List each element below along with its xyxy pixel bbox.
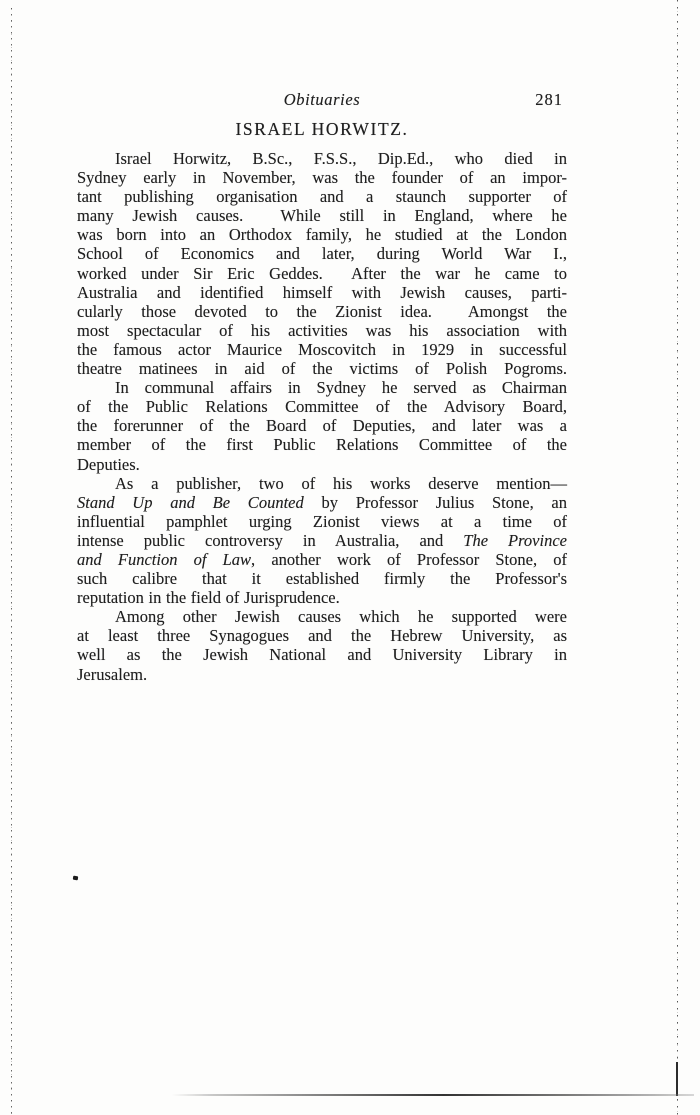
text-segment: As a publisher, two of his works deserve… — [115, 474, 567, 493]
text-line: well as the Jewish National and Universi… — [77, 645, 567, 664]
text-segment: intense public controversy in Australia,… — [77, 531, 463, 550]
text-line: theatre matinees in aid of the victims o… — [77, 359, 567, 378]
text-line: many Jewish causes. While still in Engla… — [77, 206, 567, 225]
text-line: reputation in the field of Jurisprudence… — [77, 588, 567, 607]
text-line: was born into an Orthodox family, he stu… — [77, 225, 567, 244]
text-segment: such calibre that it established firmly … — [77, 569, 567, 588]
running-title: Obituaries — [77, 90, 567, 110]
text-line: most spectacular of his activities was h… — [77, 321, 567, 340]
text-line: of the Public Relations Committee of the… — [77, 397, 567, 416]
text-segment: the famous actor Maurice Moscovitch in 1… — [77, 340, 567, 359]
text-segment: reputation in the field of Jurisprudence… — [77, 588, 340, 607]
text-segment: worked under Sir Eric Geddes. After the … — [77, 264, 567, 283]
ink-speck — [73, 876, 79, 881]
scan-edge-right-dark — [676, 1062, 678, 1096]
text-segment: School of Economics and later, during Wo… — [77, 244, 567, 263]
text-line: In communal affairs in Sydney he served … — [77, 378, 567, 397]
text-segment: Among other Jewish causes which he suppo… — [115, 607, 567, 626]
text-segment: tant publishing organisation and a staun… — [77, 187, 567, 206]
text-segment: at least three Synagogues and the Hebrew… — [77, 626, 567, 645]
text-line: such calibre that it established firmly … — [77, 569, 567, 588]
text-line: cularly those devoted to the Zionist ide… — [77, 302, 567, 321]
page-header: Obituaries 281 — [77, 90, 567, 110]
text-segment: influential pamphlet urging Zionist view… — [77, 512, 567, 531]
text-segment: Australia and identified himself with Je… — [77, 283, 567, 302]
text-segment: most spectacular of his activities was h… — [77, 321, 567, 340]
text-line: Deputies. — [77, 455, 567, 474]
text-line: School of Economics and later, during Wo… — [77, 244, 567, 263]
text-line: Jerusalem. — [77, 665, 567, 684]
text-line: intense public controversy in Australia,… — [77, 531, 567, 550]
text-line: Israel Horwitz, B.Sc., F.S.S., Dip.Ed., … — [77, 149, 567, 168]
text-segment: Sydney early in November, was the founde… — [77, 168, 567, 187]
text-line: and Function of Law, another work of Pro… — [77, 550, 567, 569]
text-line: influential pamphlet urging Zionist view… — [77, 512, 567, 531]
article-title: ISRAEL HORWITZ. — [77, 119, 567, 140]
text-segment: cularly those devoted to the Zionist ide… — [77, 302, 567, 321]
text-segment-italic: The Province — [463, 531, 567, 550]
text-segment: Jerusalem. — [77, 665, 147, 684]
text-segment: the forerunner of the Board of Deputies,… — [77, 416, 567, 435]
article-body: Israel Horwitz, B.Sc., F.S.S., Dip.Ed., … — [77, 149, 567, 684]
text-line: Stand Up and Be Counted by Professor Jul… — [77, 493, 567, 512]
text-line: Australia and identified himself with Je… — [77, 283, 567, 302]
text-segment: In communal affairs in Sydney he served … — [115, 378, 567, 397]
text-segment-italic: Stand Up and Be Counted — [77, 493, 304, 512]
text-segment: well as the Jewish National and Universi… — [77, 645, 567, 664]
text-segment: , another work of Professor Stone, of — [251, 550, 567, 569]
text-segment: of the Public Relations Committee of the… — [77, 397, 567, 416]
text-line: at least three Synagogues and the Hebrew… — [77, 626, 567, 645]
text-segment: by Professor Julius Stone, an — [304, 493, 567, 512]
page-number: 281 — [535, 90, 563, 110]
text-line: member of the first Public Relations Com… — [77, 435, 567, 454]
text-line: worked under Sir Eric Geddes. After the … — [77, 264, 567, 283]
text-segment: Deputies. — [77, 455, 140, 474]
text-line: tant publishing organisation and a staun… — [77, 187, 567, 206]
text-line: Sydney early in November, was the founde… — [77, 168, 567, 187]
text-segment: many Jewish causes. While still in Engla… — [77, 206, 567, 225]
text-segment: theatre matinees in aid of the victims o… — [77, 359, 567, 378]
text-line: As a publisher, two of his works deserve… — [77, 474, 567, 493]
text-segment: was born into an Orthodox family, he stu… — [77, 225, 567, 244]
text-line: the forerunner of the Board of Deputies,… — [77, 416, 567, 435]
text-segment-italic: and Function of Law — [77, 550, 251, 569]
scan-bottom-line — [172, 1094, 694, 1096]
text-segment: Israel Horwitz, B.Sc., F.S.S., Dip.Ed., … — [115, 149, 567, 168]
text-line: the famous actor Maurice Moscovitch in 1… — [77, 340, 567, 359]
scan-edge-right — [677, 0, 678, 1115]
text-line: Among other Jewish causes which he suppo… — [77, 607, 567, 626]
text-segment: member of the first Public Relations Com… — [77, 435, 567, 454]
scan-edge-left — [11, 8, 12, 1115]
scanned-page: Obituaries 281 ISRAEL HORWITZ. Israel Ho… — [0, 0, 700, 1115]
